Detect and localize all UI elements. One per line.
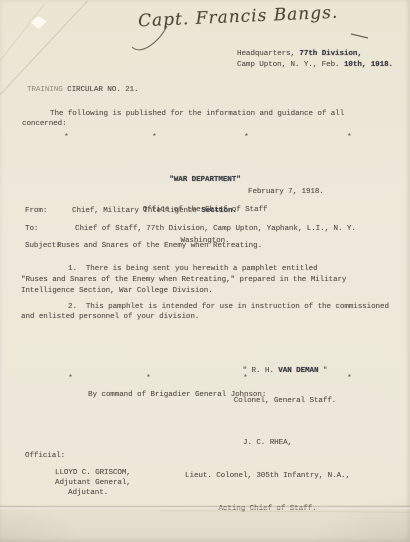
separator-asterisk: * xyxy=(243,374,248,383)
circular-title-word1: TRAINING xyxy=(27,86,67,94)
from-value: Chief, Military Intelligence Section. xyxy=(72,208,237,216)
to-value: Chief of Staff, 77th Division, Camp Upto… xyxy=(75,226,356,234)
intro-line1: The following is published for the infor… xyxy=(50,111,344,119)
van-deman-name-line: " R. H. VAN DEMAN " xyxy=(205,366,365,376)
paragraph1-line1: 1. There is being sent you herewith a pa… xyxy=(68,266,318,274)
rhea-name: J. C. RHEA, xyxy=(175,438,360,449)
rhea-title1: Lieut. Colonel, 305th Infantry, N.A., xyxy=(175,471,360,482)
war-department-title: "WAR DEPARTMENT" xyxy=(110,175,300,185)
quote-close: " xyxy=(318,367,327,375)
to-label: To: xyxy=(25,226,38,234)
separator-asterisk: * xyxy=(244,133,249,142)
separator-asterisk: * xyxy=(347,133,352,142)
by-command-line: By command of Brigadier General Johnson: xyxy=(88,392,266,400)
official-label: Official: xyxy=(25,453,65,461)
griscom-title1: Adjutant General, xyxy=(55,480,131,488)
griscom-name: LLOYD C. GRISCOM, xyxy=(55,470,131,478)
van-deman-name: VAN DEMAN xyxy=(278,367,318,375)
camp-upton-text: Camp Upton, N. Y., Feb. xyxy=(237,61,344,69)
separator-asterisk: * xyxy=(146,374,151,383)
headquarters-text: Headquarters, xyxy=(237,50,299,58)
quote-open: " R. H. xyxy=(243,367,279,375)
intro-line2: concerned: xyxy=(22,121,67,129)
below-fold-shading xyxy=(0,508,410,542)
date-feb10-text: 10th, 1918. xyxy=(344,61,393,69)
paragraph2-line2: and enlisted personnel of your division. xyxy=(21,314,199,322)
circular-title-rest: CIRCULAR NO. 21. xyxy=(67,86,138,94)
circular-title: TRAINING CIRCULAR NO. 21. xyxy=(27,87,138,95)
section-text: Section. xyxy=(201,207,237,215)
separator-asterisk: * xyxy=(152,133,157,142)
paragraph2-line1: 2. This pamphlet is intended for use in … xyxy=(68,304,389,312)
handwritten-signature: Capt. Francis Bangs. xyxy=(138,3,339,32)
paragraph1-line3: Intelligence Section, War College Divisi… xyxy=(21,288,213,296)
from-value-text: Chief, Military Intelligence xyxy=(72,207,201,215)
subject-label: Subject: xyxy=(25,243,61,251)
separator-asterisk: * xyxy=(64,133,69,142)
letter-date: February 7, 1918. xyxy=(248,189,324,197)
division-text: 77th Division, xyxy=(299,50,361,58)
paragraph1-line2: "Ruses and Snares of the Enemy when Retr… xyxy=(21,277,346,285)
griscom-title2: Adjutant. xyxy=(68,490,108,498)
document-page: Capt. Francis Bangs. Headquarters, 77th … xyxy=(0,0,410,542)
separator-asterisk: * xyxy=(68,374,73,383)
headquarters-line1: Headquarters, 77th Division, xyxy=(237,51,362,59)
from-label: From: xyxy=(25,208,47,216)
paper-crease-diagonal xyxy=(0,0,88,94)
subject-value: Ruses and Snares of the Enemy when Retre… xyxy=(57,243,262,251)
separator-asterisk: * xyxy=(347,374,352,383)
headquarters-line2: Camp Upton, N. Y., Feb. 10th, 1918. xyxy=(237,62,393,70)
